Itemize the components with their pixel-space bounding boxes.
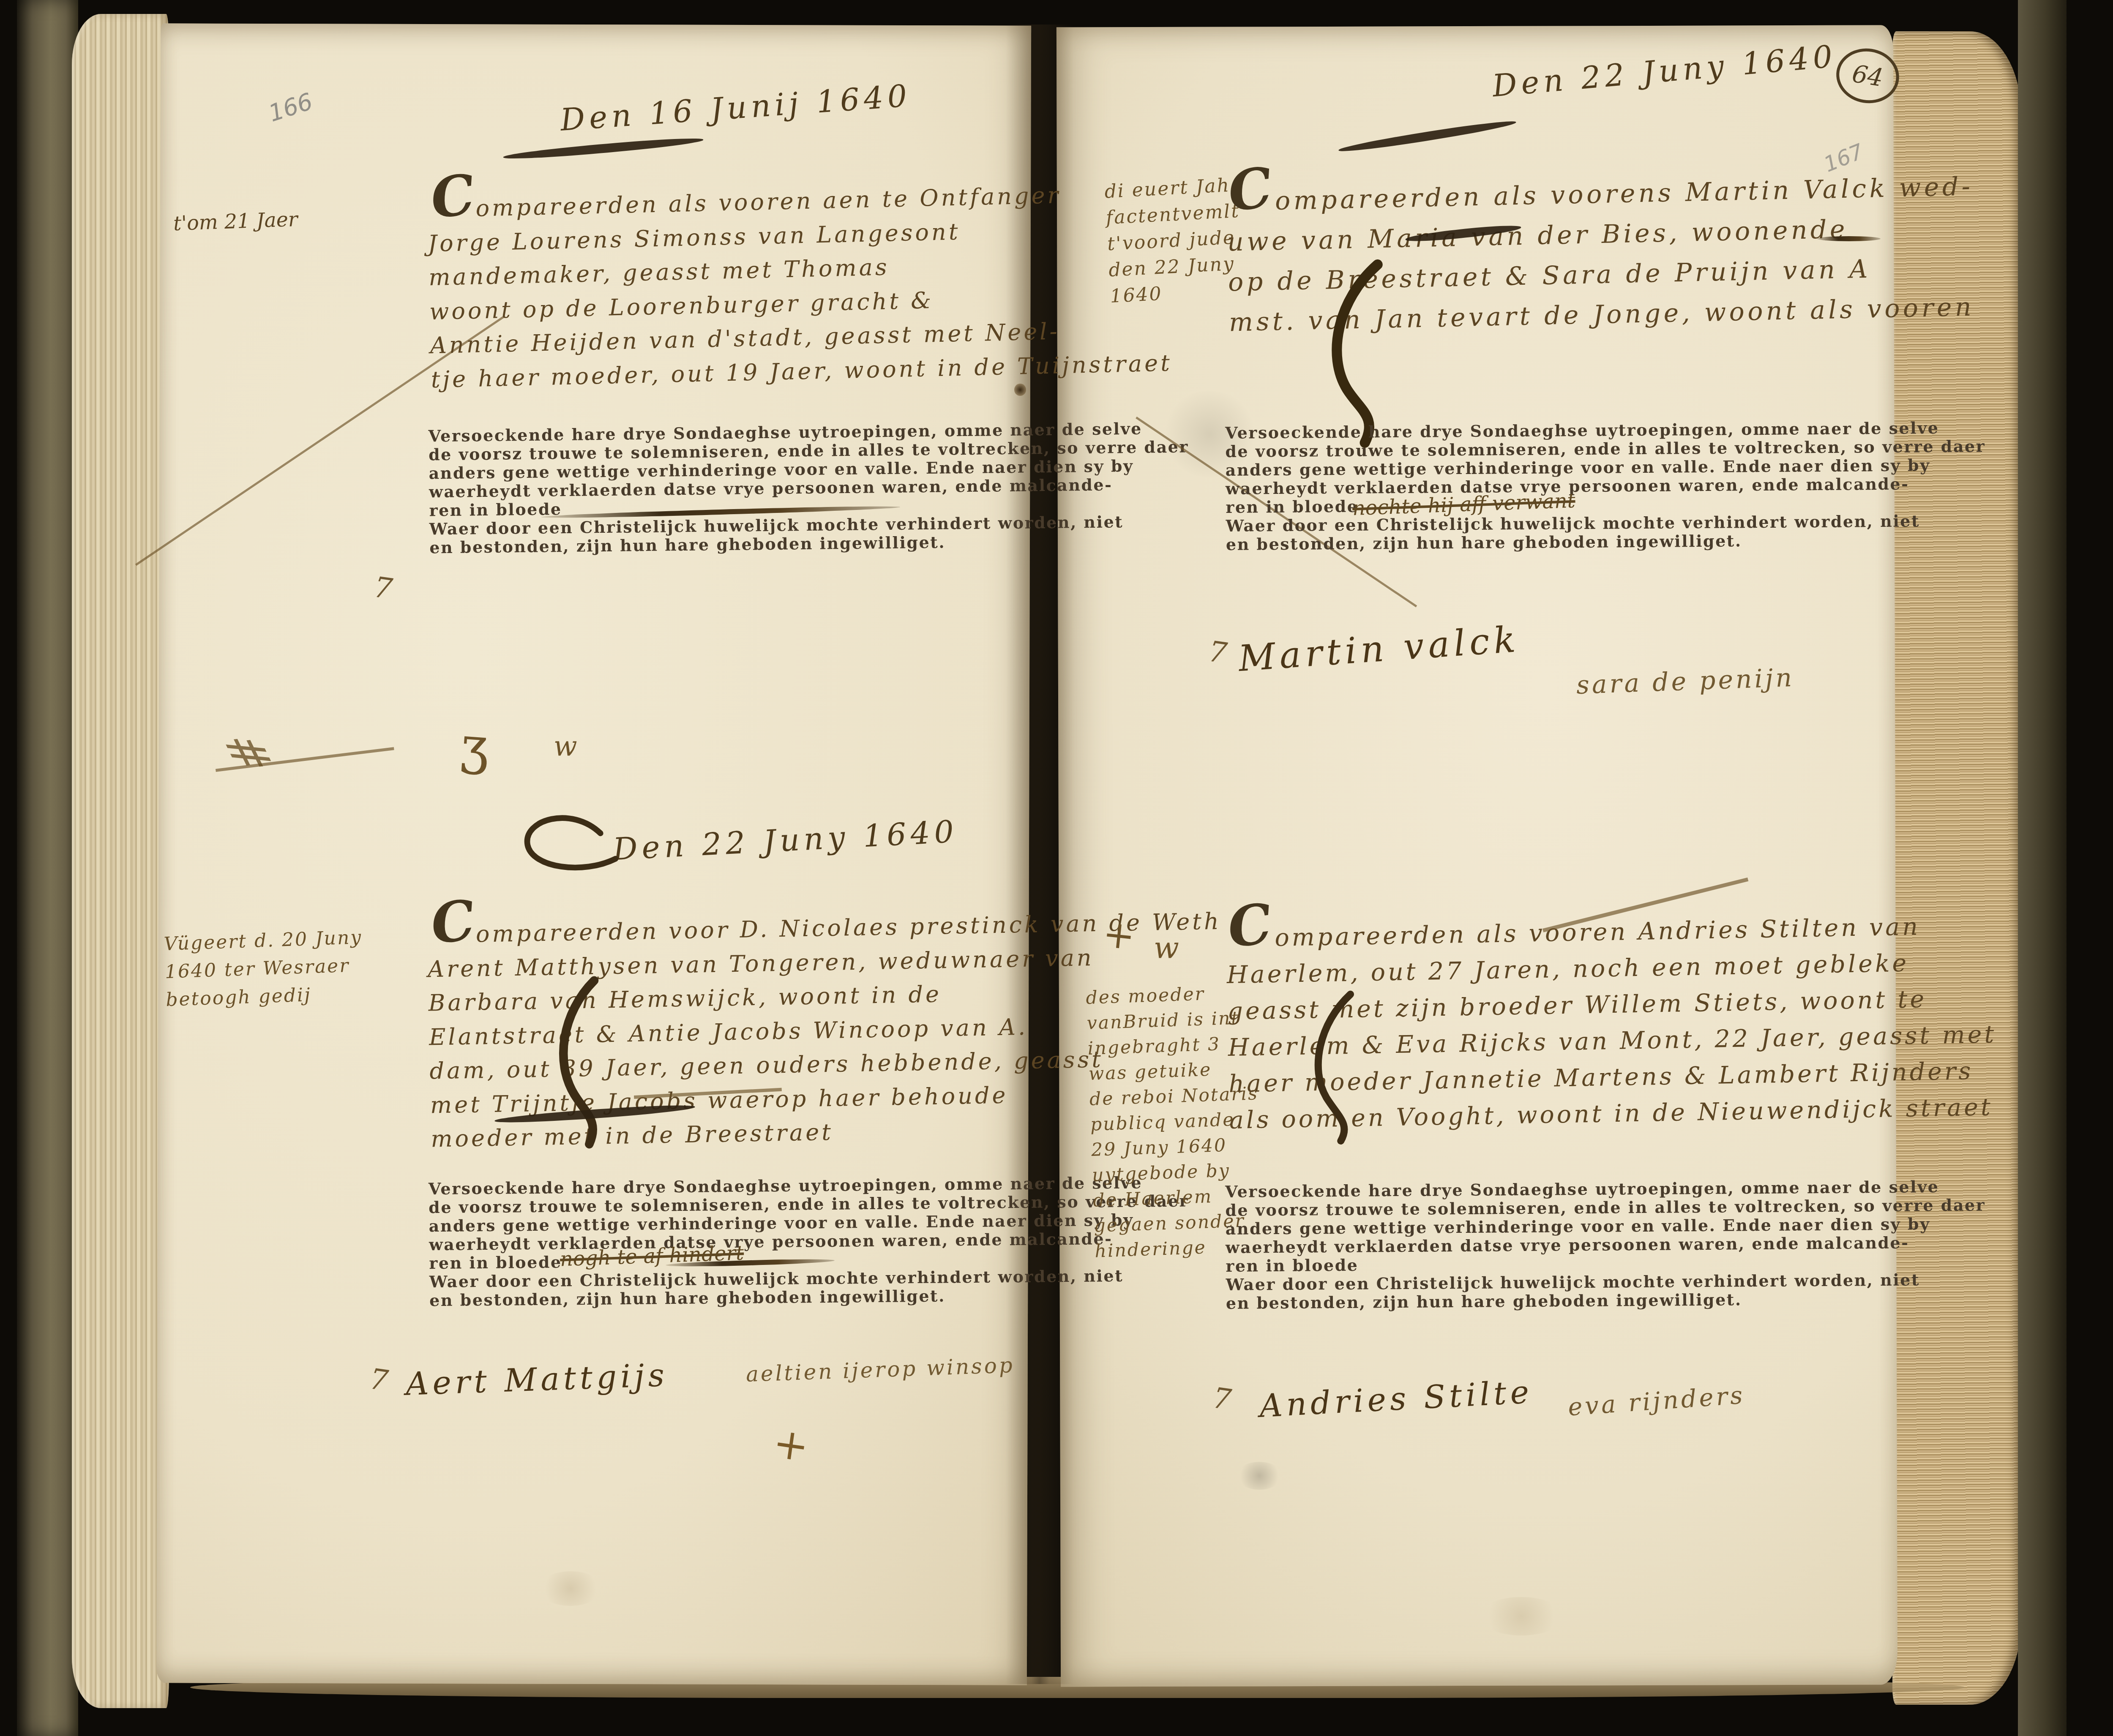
pen-descender-flourish: [545, 976, 609, 1149]
printed-banns-formula: Versoeckende hare drye Sondaeghse uytroe…: [1225, 420, 1818, 554]
printed-banns-formula: Versoeckende hare drye Sondaeghse uytroe…: [428, 420, 1029, 557]
marriage-entry: C ompareerden als vooren aen te Ontfange…: [427, 179, 1036, 396]
pen-descender-flourish: [1316, 257, 1390, 448]
pen-loop-flourish: [497, 812, 623, 882]
ornate-initial-C: C: [429, 902, 479, 942]
w-squiggle-doodle: w: [1154, 930, 1179, 965]
ornate-initial-C: C: [1226, 166, 1278, 212]
ink-dash-rule: [1817, 236, 1881, 241]
ornate-initial-C: C: [429, 177, 479, 216]
folio-number-ink: 64: [1850, 60, 1885, 93]
w-squiggle-doodle: w: [554, 731, 577, 763]
ink-cross-doodle: +: [1101, 912, 1137, 959]
monogram-doodle: ʒ: [459, 716, 491, 777]
pen-descender-flourish: [1299, 989, 1363, 1146]
margin-note: Vügeert d. 20 Juny1640 ter Wesraerbetoog…: [164, 924, 365, 1014]
printed-banns-formula: Versoeckende hare drye Sondaeghse uytroe…: [1225, 1178, 1818, 1313]
ornate-initial-C: C: [1226, 905, 1276, 947]
page-stack-fore-edge: [1892, 31, 2021, 1705]
book-cover-right-edge: [2018, 0, 2067, 1736]
ink-cross-doodle: +: [770, 1418, 812, 1472]
manuscript-scan: 166 Den 16 Junij 1640 t'om 21 Jaer C omp…: [0, 0, 2113, 1736]
book-cover-left-edge: [17, 0, 78, 1736]
margin-note: di euert Jahfactentvemltt'voord judeden …: [1104, 172, 1245, 310]
page-stack-left-edge: [72, 14, 169, 1708]
margin-note: t'om 21 Jaer: [173, 208, 298, 235]
